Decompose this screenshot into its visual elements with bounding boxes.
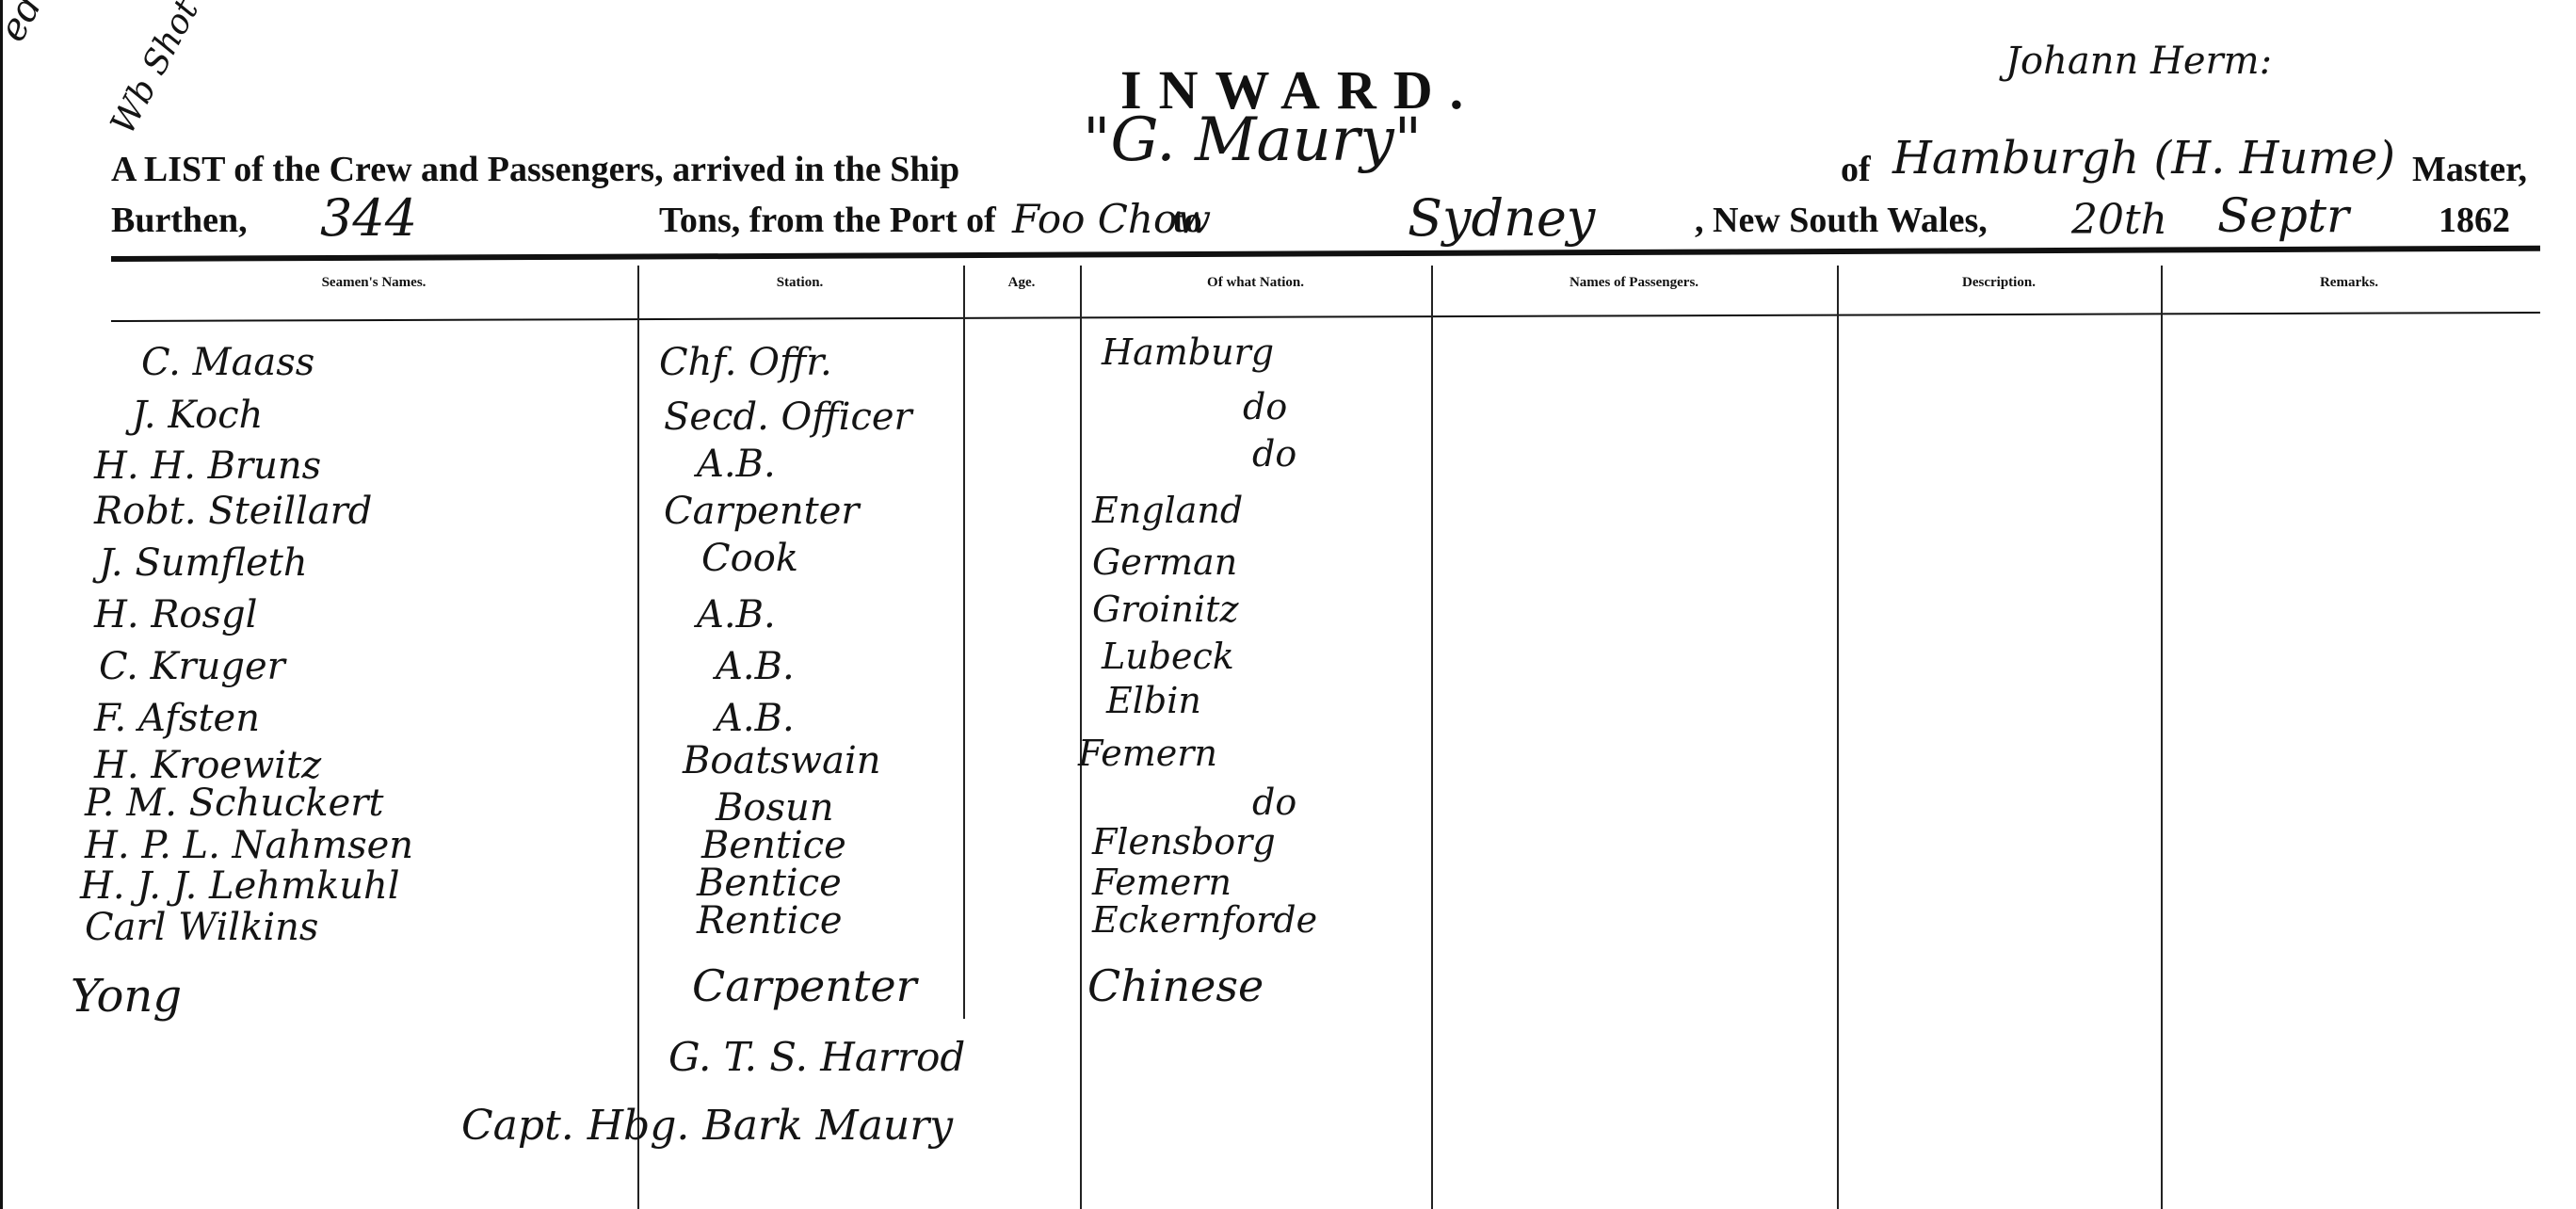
home-port: Hamburgh (H. Hume) (1892, 132, 2395, 185)
date-month: Septr (2217, 188, 2349, 243)
crew-nation: Elbin (1106, 680, 1201, 721)
crew-name: J. Koch (132, 394, 263, 437)
column-divider (963, 266, 965, 1019)
crew-name: H. J. J. Lehmkuhl (80, 864, 400, 908)
crew-name: Carl Wilkins (85, 906, 318, 949)
crew-nation: Chinese (1087, 960, 1264, 1011)
crew-name: H. H. Bruns (94, 444, 321, 488)
column-header-remarks: Remarks. (2161, 275, 2537, 291)
crew-station: Carpenter (692, 960, 917, 1011)
tons-label: Tons, from the Port of (659, 200, 996, 241)
column-header-seamens-names: Seamen's Names. (111, 275, 636, 291)
master-name: Johann Herm: (2005, 40, 2272, 83)
column-divider (1837, 266, 1839, 1209)
crew-station: Rentice (697, 899, 843, 943)
crew-nation: Hamburg (1102, 331, 1274, 373)
of-label: of (1841, 149, 1871, 190)
crew-station: Carpenter (664, 490, 859, 533)
crew-nation: do (1252, 433, 1296, 475)
column-header-nation: Of what Nation. (1080, 275, 1431, 291)
crew-station: Secd. Officer (664, 395, 912, 439)
crew-nation: Femern (1078, 733, 1217, 774)
date-day: 20th (2071, 196, 2167, 244)
crew-station: A.B. (697, 443, 776, 486)
crew-name: C. Maass (141, 341, 314, 384)
signature-line2: Capt. Hbg. Bark Maury (461, 1102, 953, 1150)
crew-nation: England (1092, 490, 1243, 531)
crew-name: H. P. L. Nahmsen (85, 824, 413, 867)
burthen-value: 344 (320, 188, 417, 248)
crew-station: A.B. (697, 593, 776, 637)
crew-station: A.B. (716, 697, 795, 740)
column-divider (1431, 266, 1433, 1209)
crew-name: F. Afsten (94, 697, 260, 740)
crew-name: Robt. Steillard (94, 490, 372, 533)
signature-line1: G. T. S. Harrod (668, 1034, 965, 1080)
crew-nation: Flensborg (1092, 821, 1276, 862)
column-divider (637, 266, 639, 1209)
column-header-station: Station. (637, 275, 962, 291)
crew-station: Chf. Offr. (659, 341, 832, 384)
ship-name: "G. Maury" (1083, 105, 1422, 175)
crew-name: Yong (71, 970, 182, 1023)
column-header-passenger-names: Names of Passengers. (1431, 275, 1837, 291)
column-divider (2161, 266, 2163, 1209)
crew-name: H. Rosgl (94, 593, 257, 637)
crew-station: Cook (701, 537, 798, 580)
to-label: to (1172, 200, 1202, 241)
crew-name: C. Kruger (99, 645, 285, 688)
crew-nation: Femern (1092, 862, 1232, 903)
column-header-age: Age. (963, 275, 1080, 291)
page-edge (0, 0, 3, 1209)
date-year: 1862 (2439, 200, 2510, 241)
crew-nation: Eckernforde (1092, 899, 1317, 941)
header-rule-bottom (111, 312, 2540, 322)
crew-name: P. M. Schuckert (85, 782, 383, 825)
header-rule-top (111, 246, 2540, 262)
column-header-description: Description. (1837, 275, 2161, 291)
crew-nation: do (1252, 782, 1296, 823)
margin-initials-annotation: Wb Shot (104, 0, 206, 140)
to-port: Sydney (1408, 188, 1595, 248)
nsw-label: , New South Wales, (1695, 200, 1988, 241)
master-label: Master, (2412, 149, 2527, 190)
crew-station: Boatswain (683, 739, 881, 782)
crew-nation: Lubeck (1102, 636, 1234, 677)
crew-name: J. Sumfleth (99, 541, 308, 585)
crew-nation: German (1092, 541, 1237, 583)
margin-date-annotation: ed 23/9 (0, 0, 96, 49)
burthen-label: Burthen, (111, 200, 248, 241)
crew-station: A.B. (716, 645, 795, 688)
crew-nation: do (1243, 386, 1287, 427)
header-line1-prefix: A LIST of the Crew and Passengers, arriv… (111, 149, 959, 190)
crew-nation: Groinitz (1092, 588, 1238, 630)
